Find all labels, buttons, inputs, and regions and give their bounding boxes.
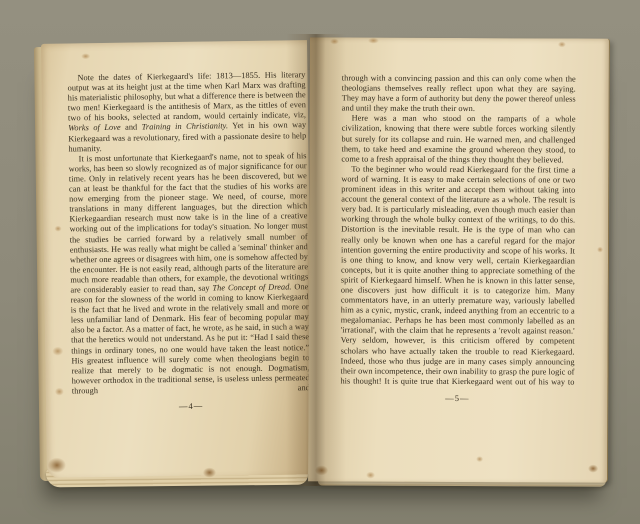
foxing-spot [597, 247, 603, 253]
book-title-italic: Training in Christianity. [142, 122, 228, 132]
foxing-spot [52, 347, 63, 356]
paragraph: To the beginner who would read Kierkegaa… [340, 164, 575, 387]
right-page: through with a convincing passion and th… [308, 37, 610, 482]
text-run: It is most unfortunate that Kierkegaard'… [69, 151, 309, 295]
paragraph: It is most unfortunate that Kierkegaard'… [69, 151, 310, 397]
foxing-spot [315, 465, 328, 475]
text-run: One reason for the slowness of the world… [70, 282, 309, 395]
paragraph: Note the dates of Kierkegaard's life: 18… [67, 70, 306, 154]
text-run: Here was a man who stood on the ramparts… [341, 114, 575, 164]
book-title-italic: The Concept of Dread. [212, 282, 291, 292]
page-number: —5— [340, 392, 574, 403]
paragraph: through with a convincing passion and th… [342, 73, 576, 114]
text-run: and [121, 123, 142, 132]
text-run: To the beginner who would read Kierkegaa… [340, 164, 575, 386]
left-page-text: Note the dates of Kierkegaard's life: 18… [67, 70, 310, 412]
right-page-text: through with a convincing passion and th… [340, 73, 575, 403]
foxing-spot [476, 456, 483, 462]
foxing-spot [366, 472, 375, 479]
foxing-spot [558, 41, 566, 47]
left-page: Note the dates of Kierkegaard's life: 18… [41, 40, 313, 478]
paragraph: Here was a man who stood on the ramparts… [341, 114, 575, 165]
text-run: through with a convincing passion and th… [342, 73, 576, 113]
foxing-spot [48, 458, 66, 473]
open-book: Note the dates of Kierkegaard's life: 18… [0, 0, 640, 524]
foxing-spot [588, 465, 598, 473]
book-title-italic: Works of Love [68, 123, 121, 133]
page-number: —4— [72, 399, 310, 412]
photo-background: Note the dates of Kierkegaard's life: 18… [0, 0, 640, 524]
foxing-spot [81, 53, 90, 59]
foxing-spot [55, 226, 62, 232]
foxing-spot [55, 388, 64, 396]
text-run: Note the dates of Kierkegaard's life: 18… [68, 70, 307, 123]
foxing-spot [330, 38, 339, 44]
foxing-spot [368, 38, 379, 44]
